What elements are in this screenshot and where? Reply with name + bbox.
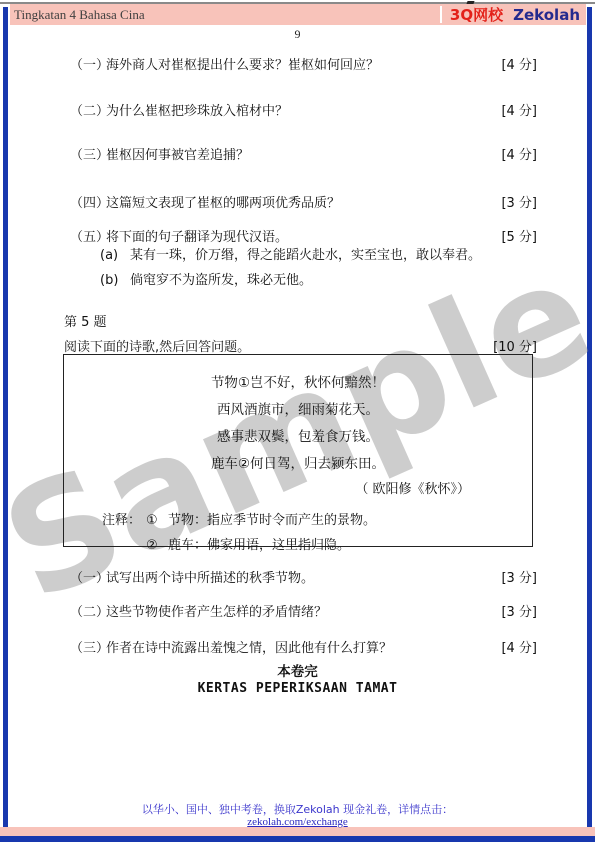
end-of-paper-malay: KERTAS PEPERIKSAAN TAMAT <box>0 681 595 696</box>
sub-question-text: 倘窀穸不为盗所发，珠必无他。 <box>130 273 537 289</box>
footer-navy-bar <box>0 836 595 842</box>
header-separator <box>440 6 442 23</box>
page-number: 9 <box>0 27 595 42</box>
sub-question-label: (a) <box>100 248 130 264</box>
section5-marks: [10 分] <box>493 336 537 355</box>
poem-notes: 注释： ① 节物：指应季节时令而产生的景物。 ② 鹿车：佛家用语，这里指归隐。 <box>64 508 532 558</box>
question-marks: [4 分] <box>501 641 537 657</box>
logo-3q-wangxiao: 3Q网校 <box>450 4 503 25</box>
question-row: （三） 作者在诗中流露出羞愧之情，因此他有什么打算？ [4 分] <box>70 641 537 657</box>
section5-heading: 第 5 题 <box>64 311 107 330</box>
end-of-paper-chinese: 本卷完 <box>0 660 595 680</box>
question-marks: [5 分] <box>501 230 537 246</box>
note-number: ② <box>146 533 168 558</box>
question-number: （三） <box>70 641 106 657</box>
sub-question-label: (b) <box>100 273 130 289</box>
poem-line: 节物①岂不好，秋怀何黯然！ <box>64 370 532 397</box>
question-marks: [3 分] <box>501 571 537 587</box>
note-text: 节物：指应季节时令而产生的景物。 <box>168 508 532 533</box>
question-text: 这些节物使作者产生怎样的矛盾情绪？ <box>106 605 493 621</box>
right-page-border <box>587 7 592 828</box>
note-row: 注释： ① 节物：指应季节时令而产生的景物。 <box>102 508 532 533</box>
question-text: 海外商人对崔枢提出什么要求？崔枢如何回应？ <box>106 58 493 74</box>
left-page-border <box>3 7 8 828</box>
footer-link-wrap: zekolah.com/exchange <box>0 815 595 828</box>
question-number: （一） <box>70 571 106 587</box>
question-number: （二） <box>70 104 106 120</box>
question-text: 试写出两个诗中所描述的秋季节物。 <box>106 571 493 587</box>
sub-question-row: (b) 倘窀穸不为盗所发，珠必无他。 <box>100 273 537 289</box>
question-row: （一） 海外商人对崔枢提出什么要求？崔枢如何回应？ [4 分] <box>70 58 537 74</box>
header-title: Tingkatan 4 Bahasa Cina <box>14 7 440 23</box>
question-row: （三） 崔枢因何事被官差追捕？ [4 分] <box>70 148 537 164</box>
question-number: （四） <box>70 196 106 212</box>
question-marks: [3 分] <box>501 605 537 621</box>
question-marks: [4 分] <box>501 104 537 120</box>
question-marks: [3 分] <box>501 196 537 212</box>
question-number: （一） <box>70 58 106 74</box>
question-text: 作者在诗中流露出羞愧之情，因此他有什么打算？ <box>106 641 493 657</box>
graduation-cap-icon <box>466 1 474 4</box>
poem-line: 鹿车②何日驾，归去颍东田。 <box>64 451 532 478</box>
question-number: （五） <box>70 230 106 246</box>
poem-attribution: （ 欧阳修《秋怀》） <box>64 478 532 502</box>
exchange-link[interactable]: zekolah.com/exchange <box>247 816 347 828</box>
question-text: 崔枢因何事被官差追捕？ <box>106 148 493 164</box>
question-text: 为什么崔枢把珍珠放入棺材中？ <box>106 104 493 120</box>
question-number: （二） <box>70 605 106 621</box>
question-row: （二） 这些节物使作者产生怎样的矛盾情绪？ [3 分] <box>70 605 537 621</box>
note-row: ② 鹿车：佛家用语，这里指归隐。 <box>102 533 532 558</box>
section5-intro-row: 阅读下面的诗歌,然后回答问题。 [10 分] <box>64 336 537 355</box>
sub-question-row: (a) 某有一珠，价万缗，得之能蹈火赴水，实至宝也，敢以奉君。 <box>100 248 537 264</box>
question-row: （四） 这篇短文表现了崔枢的哪两项优秀品质？ [3 分] <box>70 196 537 212</box>
sub-question-text: 某有一珠，价万缗，得之能蹈火赴水，实至宝也，敢以奉君。 <box>130 248 537 264</box>
poem-line: 西风酒旗市，细雨菊花天。 <box>64 397 532 424</box>
question-number: （三） <box>70 148 106 164</box>
question-row: （一） 试写出两个诗中所描述的秋季节物。 [3 分] <box>70 571 537 587</box>
section5-instruction: 阅读下面的诗歌,然后回答问题。 <box>64 336 485 355</box>
note-number: ① <box>146 508 168 533</box>
poem-box: 节物①岂不好，秋怀何黯然！ 西风酒旗市，细雨菊花天。 感事悲双鬓，包羞食万钱。 … <box>63 354 533 547</box>
notes-label: 注释： <box>102 508 146 533</box>
question-text: 将下面的句子翻译为现代汉语。 <box>106 230 493 246</box>
poem-line: 感事悲双鬓，包羞食万钱。 <box>64 424 532 451</box>
question-row: （二） 为什么崔枢把珍珠放入棺材中？ [4 分] <box>70 104 537 120</box>
question-row: （五） 将下面的句子翻译为现代汉语。 [5 分] <box>70 230 537 246</box>
question-marks: [4 分] <box>501 148 537 164</box>
logo-zekolah: Zekolah <box>513 6 580 24</box>
question-marks: [4 分] <box>501 58 537 74</box>
footer-pink-bar <box>0 827 595 836</box>
note-text: 鹿车：佛家用语，这里指归隐。 <box>168 533 532 558</box>
header-bar: Tingkatan 4 Bahasa Cina 3Q网校 Zekolah <box>10 4 586 25</box>
poem: 节物①岂不好，秋怀何黯然！ 西风酒旗市，细雨菊花天。 感事悲双鬓，包羞食万钱。 … <box>64 355 532 478</box>
question-text: 这篇短文表现了崔枢的哪两项优秀品质？ <box>106 196 493 212</box>
